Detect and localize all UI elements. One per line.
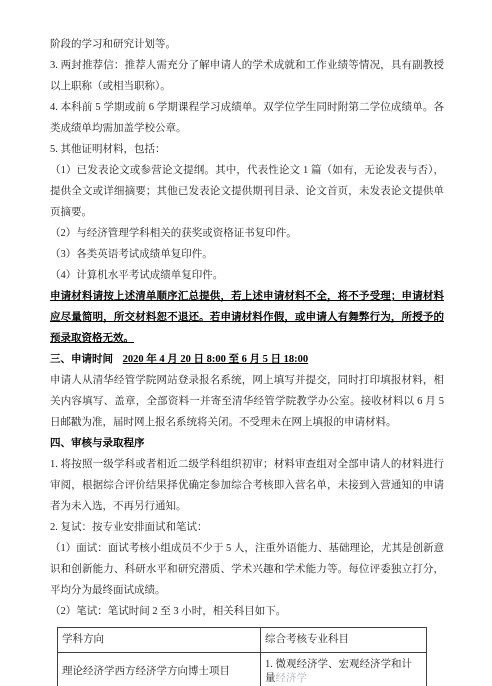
table-row: 理论经济学西方经济学方向博士项目 1. 微观经济学、宏观经济学和计量经济学 [58, 653, 427, 686]
para-computer-scores: （4）计算机水平考试成绩单复印件。 [50, 265, 444, 286]
header-discipline-direction: 学科方向 [58, 628, 261, 653]
para-award-certificates: （2）与经济管理学科相关的获奖或资格证书复印件。 [50, 223, 444, 244]
para-retest: 2. 复试：按专业安排面试和笔试： [50, 517, 444, 538]
exam-subjects-table: 学科方向 综合考核专业科目 理论经济学西方经济学方向博士项目 1. 微观经济学、… [57, 627, 427, 686]
section-application-time: 三、申请时间 2020 年 4 月 20 日 8:00 至 6 月 5 日 18… [50, 349, 444, 370]
cell-exam-subject-faded: 经济学 [276, 673, 308, 684]
para-material-warning: 申请材料请按上述清单顺序汇总提供，若上述申请材料不全，将不予受理；申请材料应尽量… [50, 286, 444, 349]
para-written-test: （2）笔试：笔试时间 2 至 3 小时，相关科目如下。 [50, 601, 444, 622]
document-page: 阶段的学习和研究计划等。 3. 两封推荐信：推荐人需充分了解申请人的学术成就和工… [0, 0, 492, 686]
para-other-materials: 5. 其他证明材料，包括： [50, 139, 444, 160]
para-published-papers: （1）已发表论文或参营论文提纲。其中，代表性论文 1 篇（如有，无论发表与否），… [50, 160, 444, 223]
para-study-plan: 阶段的学习和研究计划等。 [50, 34, 444, 55]
section-review-procedure: 四、审核与录取程序 [50, 433, 444, 454]
cell-exam-subject: 1. 微观经济学、宏观经济学和计量经济学 [261, 653, 427, 686]
section-application-time-label: 三、申请时间 [50, 354, 113, 365]
para-interview: （1）面试：面试考核小组成员不少于 5 人，注重外语能力、基础理论，尤其是创新意… [50, 538, 444, 601]
para-recommendation-letters: 3. 两封推荐信：推荐人需充分了解申请人的学术成就和工作业绩等情况，具有副教授以… [50, 55, 444, 97]
cell-discipline-direction: 理论经济学西方经济学方向博士项目 [58, 653, 261, 686]
application-time-range: 2020 年 4 月 20 日 8:00 至 6 月 5 日 18:00 [123, 354, 309, 365]
para-initial-review: 1. 将按照一级学科或者相近二级学科组织初审；材料审查组对全部申请人的材料进行审… [50, 454, 444, 517]
header-exam-subject: 综合考核专业科目 [261, 628, 427, 653]
para-transcripts: 4. 本科前 5 学期或前 6 学期课程学习成绩单。双学位学生同时附第二学位成绩… [50, 97, 444, 139]
para-apply-process: 申请人从清华经管学院网站登录报名系统，网上填写并提交，同时打印填报材料，相关内容… [50, 370, 444, 433]
table-header-row: 学科方向 综合考核专业科目 [58, 628, 427, 653]
para-english-scores: （3）各类英语考试成绩单复印件。 [50, 244, 444, 265]
